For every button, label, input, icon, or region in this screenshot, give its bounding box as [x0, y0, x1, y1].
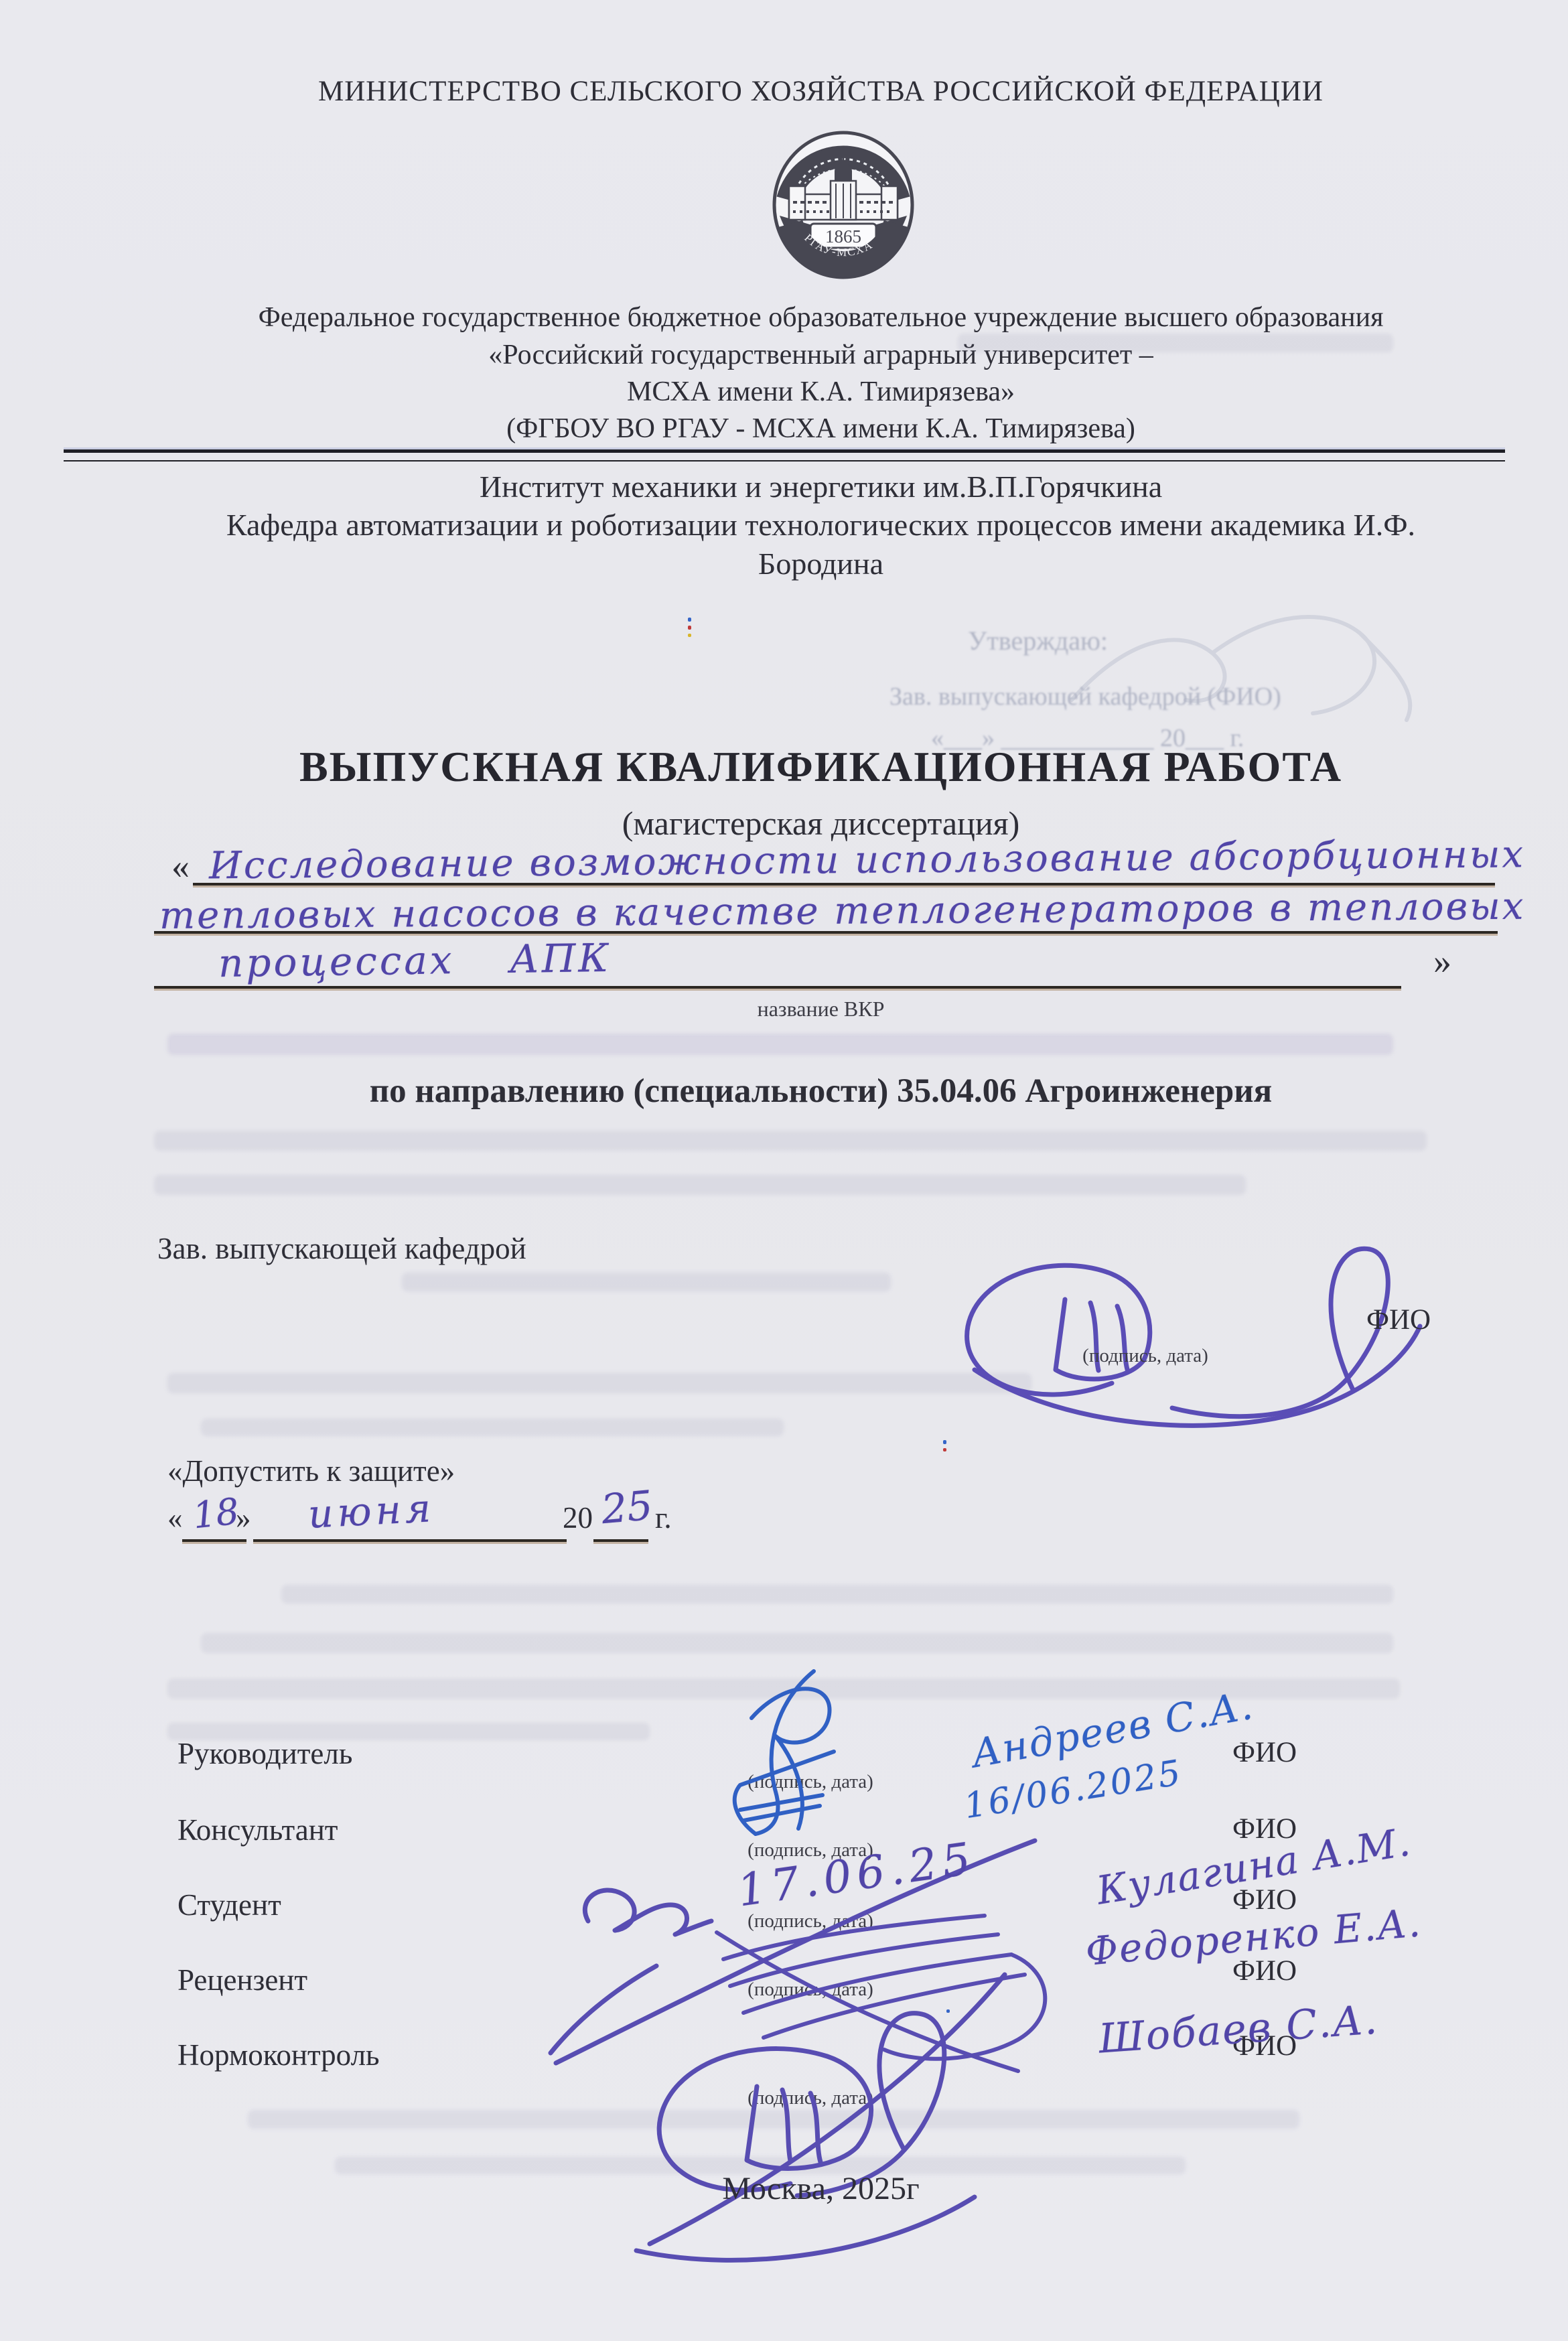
admit-year-underline [593, 1539, 648, 1542]
role-label-student: Студент [177, 1888, 281, 1922]
org-name-line-3: МСХА имени К.А. Тимирязева» [74, 376, 1568, 408]
norm-control-signature [589, 1963, 1058, 2264]
ghost-line [167, 1034, 1393, 1055]
separator-rule [64, 449, 1505, 462]
thesis-title-line-3: процессах АПК [218, 935, 612, 986]
ghost-line [201, 1419, 784, 1436]
ghost-line [201, 1633, 1393, 1653]
scan-artifact [943, 1440, 946, 1444]
fio-label: ФИО [1232, 1736, 1297, 1769]
department-name-line-1: Кафедра автоматизации и роботизации техн… [74, 507, 1568, 543]
admit-year-century: 20 [563, 1500, 593, 1535]
role-label-supervisor: Руководитель [177, 1736, 352, 1771]
department-name-line-2: Бородина [74, 546, 1568, 581]
ghost-line [154, 1131, 1427, 1151]
thesis-title-underline-1 [193, 883, 1495, 885]
specialty-line: по направлению (специальности) 35.04.06 … [74, 1072, 1568, 1111]
org-name-line-4: (ФГБОУ ВО РГАУ - МСХА имени К.А. Тимиряз… [74, 413, 1568, 445]
emblem-year: 1865 [825, 226, 861, 246]
scanned-thesis-title-page: МИНИСТЕРСТВО СЕЛЬСКОГО ХОЗЯЙСТВА РОССИЙС… [0, 0, 1568, 2341]
ghost-head-line: Зав. выпускающей кафедрой (ФИО) [889, 682, 1281, 711]
scan-artifact [688, 634, 691, 637]
admit-day-underline [182, 1539, 246, 1542]
admit-month-underline [253, 1539, 567, 1542]
ghost-line [167, 1373, 1031, 1393]
thesis-title-underline-2 [154, 931, 1498, 934]
title-open-quote: « [171, 845, 190, 887]
scan-artifact [688, 626, 691, 630]
supervisor-signature [676, 1661, 904, 1835]
admit-month-handwritten: июня [307, 1485, 435, 1537]
admit-day-open-quote: « [167, 1500, 183, 1535]
role-label-norm-control: Нормоконтроль [177, 2038, 380, 2072]
ghost-line [281, 1585, 1393, 1604]
thesis-title-underline-3 [154, 986, 1401, 989]
admit-year-unit: г. [655, 1500, 672, 1535]
ghost-line [154, 1175, 1246, 1195]
signature-caption: (подпись, дата) [1045, 1345, 1246, 1367]
org-name-line-1: Федеральное государственное бюджетное об… [74, 301, 1568, 334]
city-year: Москва, 2025г [74, 2170, 1568, 2207]
admit-year-handwritten: 25 [599, 1482, 654, 1533]
institute-name: Институт механики и энергетики им.В.П.Го… [74, 469, 1568, 504]
role-label-reviewer: Рецензент [177, 1963, 307, 1997]
work-type-title: ВЫПУСКНАЯ КВАЛИФИКАЦИОННАЯ РАБОТА [74, 742, 1568, 792]
handwritten-name-norm-control: Шобаев С.А. [1097, 1997, 1380, 2063]
title-caption: название ВКР [74, 997, 1568, 1021]
admit-label: «Допустить к защите» [167, 1453, 455, 1488]
ministry-title: МИНИСТЕРСТВО СЕЛЬСКОГО ХОЗЯЙСТВА РОССИЙС… [74, 75, 1568, 108]
thesis-title-line-2: тепловых насосов в качестве теплогенерат… [159, 885, 1496, 938]
role-label-consultant: Консультант [177, 1813, 338, 1847]
ghost-line [958, 334, 1393, 352]
fio-label: ФИО [1366, 1303, 1431, 1336]
scan-artifact [688, 618, 691, 622]
title-close-quote: » [1433, 940, 1451, 982]
admit-day-close-quote: » [236, 1500, 251, 1535]
ghost-line [402, 1273, 891, 1291]
scan-artifact [943, 1448, 946, 1451]
university-emblem: 1865 РГАУ-МСХА [770, 130, 916, 289]
admit-day-handwritten: 18 [191, 1490, 241, 1537]
head-signature [938, 1226, 1433, 1427]
head-of-dept-label: Зав. выпускающей кафедрой [157, 1231, 526, 1266]
